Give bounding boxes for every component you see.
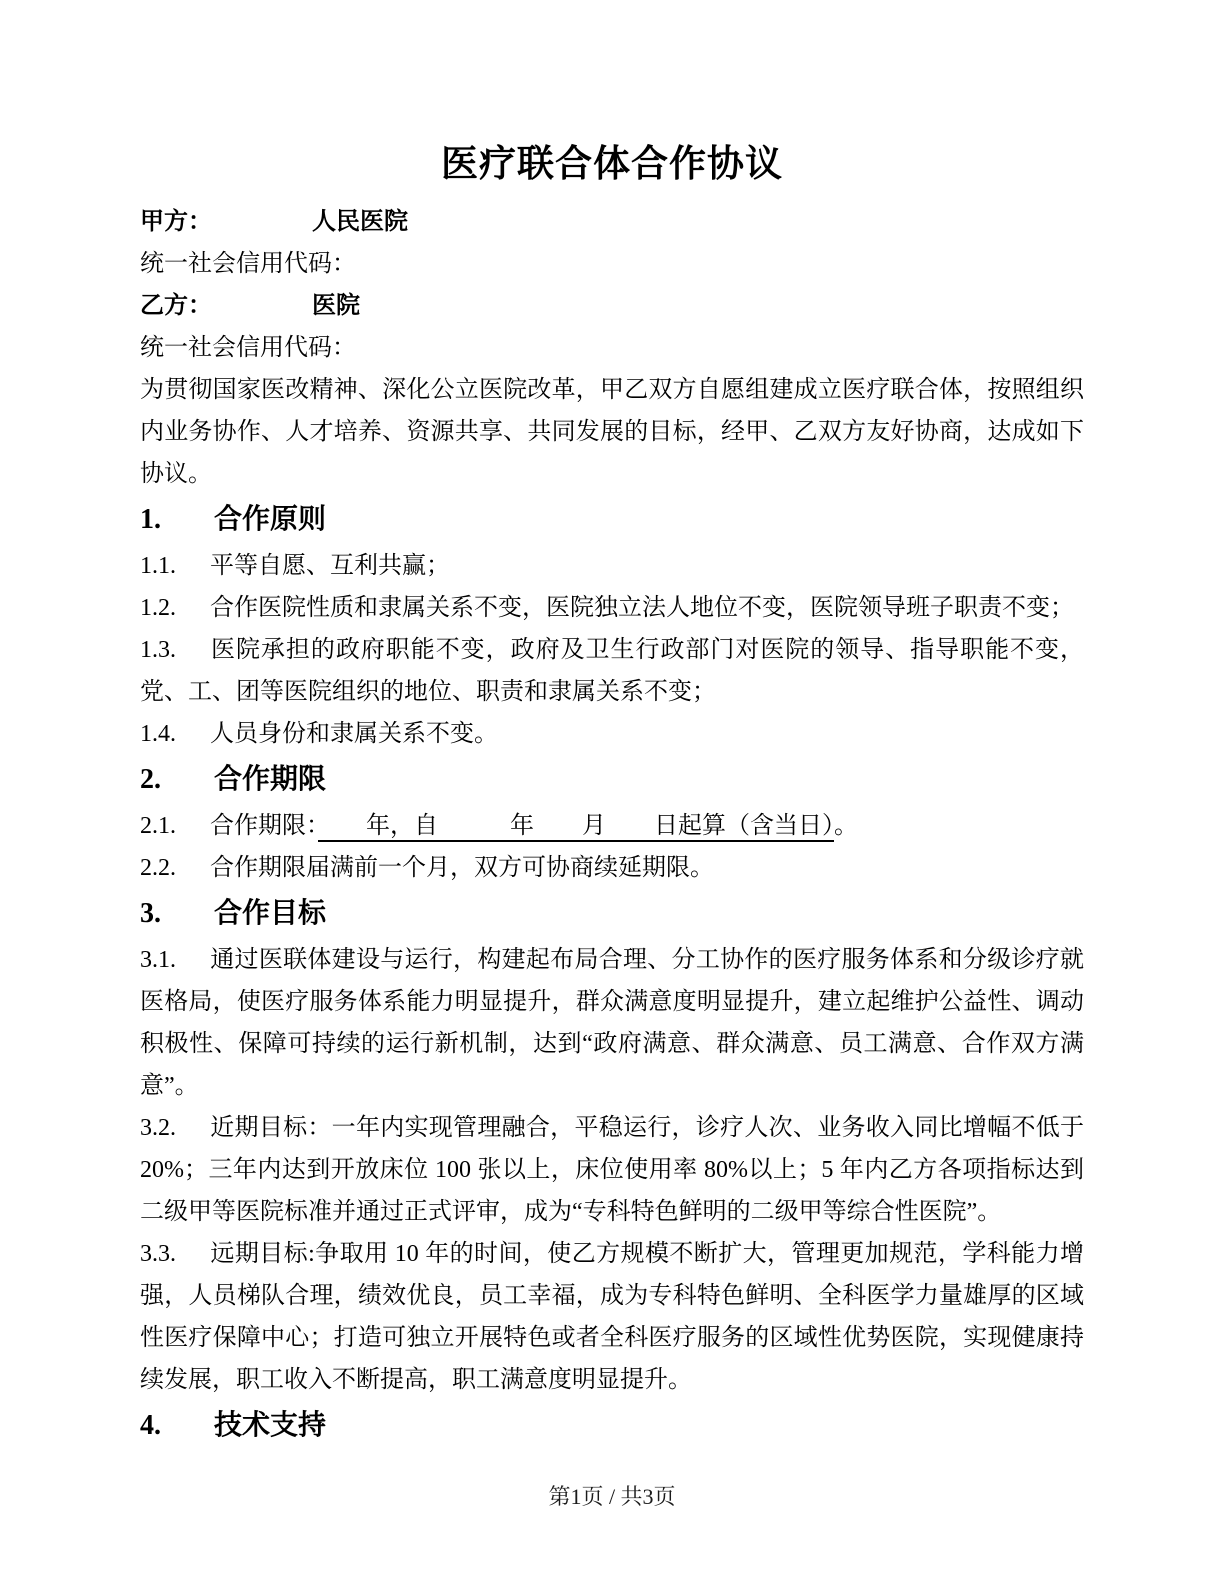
clause-3-3: 3.3.远期目标:争取用 10 年的时间，使乙方规模不断扩大，管理更加规范，学科…	[140, 1233, 1084, 1401]
clause-1-1-number: 1.1.	[140, 545, 210, 587]
section-2-number: 2.	[140, 757, 214, 803]
clause-3-2-number: 3.2.	[140, 1107, 210, 1149]
section-3-number: 3.	[140, 891, 214, 937]
party-b-line: 乙方：医院	[140, 285, 1084, 327]
section-heading-1: 1.合作原则	[140, 497, 1084, 543]
title-spacer	[140, 189, 1084, 201]
clause-3-2: 3.2.近期目标：一年内实现管理融合，平稳运行，诊疗人次、业务收入同比增幅不低于…	[140, 1107, 1084, 1233]
page-number-indicator: 第1页 / 共3页	[548, 1484, 675, 1509]
clause-1-2-number: 1.2.	[140, 587, 210, 629]
clause-2-1: 2.1.合作期限： 年，自 年 月 日起算（含当日）。	[140, 805, 1084, 847]
party-a-name: 人民医院	[312, 209, 408, 235]
clause-2-2-text: 合作期限届满前一个月，双方可协商续延期限。	[210, 855, 714, 881]
section-heading-3: 3.合作目标	[140, 891, 1084, 937]
section-1-number: 1.	[140, 497, 214, 543]
section-heading-4: 4.技术支持	[140, 1403, 1084, 1449]
clause-1-3: 1.3.医院承担的政府职能不变，政府及卫生行政部门对医院的领导、指导职能不变，党…	[140, 629, 1084, 713]
section-2-title: 合作期限	[214, 764, 326, 795]
document-title: 医疗联合体合作协议	[140, 0, 1084, 189]
clause-1-2-text: 合作医院性质和隶属关系不变，医院独立法人地位不变，医院领导班子职责不变；	[210, 595, 1074, 621]
clause-1-2: 1.2.合作医院性质和隶属关系不变，医院独立法人地位不变，医院领导班子职责不变；	[140, 587, 1084, 629]
clause-2-2-number: 2.2.	[140, 847, 210, 889]
clause-2-1-number: 2.1.	[140, 805, 210, 847]
clause-3-2-text: 近期目标：一年内实现管理融合，平稳运行，诊疗人次、业务收入同比增幅不低于 20%…	[140, 1115, 1084, 1225]
party-a-credit-code-label: 统一社会信用代码：	[140, 243, 1084, 285]
page-footer: 第1页 / 共3页	[0, 1482, 1224, 1512]
preamble-paragraph: 为贯彻国家医改精神、深化公立医院改革，甲乙双方自愿组建成立医疗联合体，按照组织内…	[140, 369, 1084, 495]
clause-3-1: 3.1.通过医联体建设与运行，构建起布局合理、分工协作的医疗服务体系和分级诊疗就…	[140, 939, 1084, 1107]
clause-1-4-number: 1.4.	[140, 713, 210, 755]
party-a-line: 甲方：人民医院	[140, 201, 1084, 243]
section-4-number: 4.	[140, 1403, 214, 1449]
clause-1-1-text: 平等自愿、互利共赢；	[210, 553, 450, 579]
clause-1-3-number: 1.3.	[140, 629, 210, 671]
clause-1-4-text: 人员身份和隶属关系不变。	[210, 721, 498, 747]
section-3-title: 合作目标	[214, 898, 326, 929]
section-heading-2: 2.合作期限	[140, 757, 1084, 803]
section-1-title: 合作原则	[214, 504, 326, 535]
clause-3-1-text: 通过医联体建设与运行，构建起布局合理、分工协作的医疗服务体系和分级诊疗就医格局，…	[140, 947, 1084, 1099]
clause-3-1-number: 3.1.	[140, 939, 210, 981]
clause-3-3-text: 远期目标:争取用 10 年的时间，使乙方规模不断扩大，管理更加规范，学科能力增强…	[140, 1241, 1084, 1393]
document-page: 医疗联合体合作协议 甲方：人民医院 统一社会信用代码： 乙方：医院 统一社会信用…	[0, 0, 1224, 1584]
clause-3-3-number: 3.3.	[140, 1233, 210, 1275]
party-b-credit-code-label: 统一社会信用代码：	[140, 327, 1084, 369]
clause-2-1-text-before: 合作期限：	[210, 813, 318, 839]
clause-1-3-text: 医院承担的政府职能不变，政府及卫生行政部门对医院的领导、指导职能不变，党、工、团…	[140, 637, 1084, 705]
clause-2-1-fill-in-blank: 年，自 年 月 日起算（含当日）	[318, 813, 834, 842]
party-b-name: 医院	[312, 293, 360, 319]
clause-1-1: 1.1.平等自愿、互利共赢；	[140, 545, 1084, 587]
party-b-label: 乙方：	[140, 293, 212, 319]
document-content: 医疗联合体合作协议 甲方：人民医院 统一社会信用代码： 乙方：医院 统一社会信用…	[140, 0, 1084, 1451]
clause-2-2: 2.2.合作期限届满前一个月，双方可协商续延期限。	[140, 847, 1084, 889]
clause-1-4: 1.4.人员身份和隶属关系不变。	[140, 713, 1084, 755]
party-a-label: 甲方：	[140, 209, 212, 235]
section-4-title: 技术支持	[214, 1410, 326, 1441]
clause-2-1-text-after: 。	[834, 813, 858, 839]
